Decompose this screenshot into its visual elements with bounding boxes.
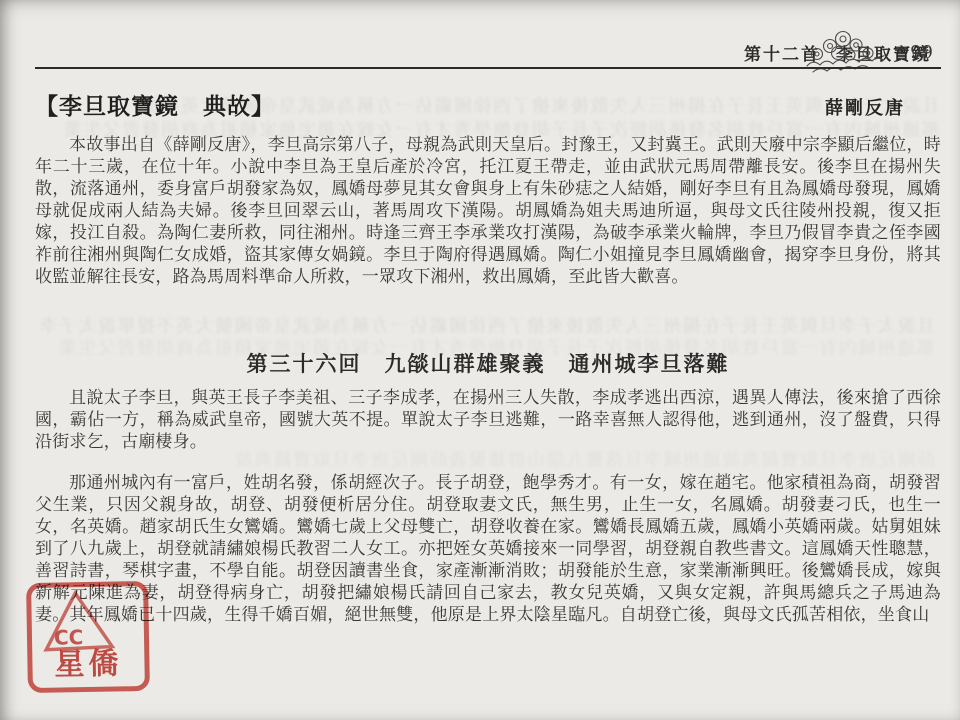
stamp-name: 星僑 <box>32 638 145 684</box>
story-paragraph-1: 且說太子李旦，與英王長子李美祖、三子李成孝，在揚州三人失散，李成孝逃出西涼，遇異… <box>35 387 941 453</box>
source-book-label: 薛剛反唐 <box>825 94 905 120</box>
chapter-heading: 第三十六回 九燄山群雄聚義 通州城李旦落難 <box>35 348 941 378</box>
publisher-stamp: CC 星僑 <box>26 581 150 693</box>
title-row: 【李旦取寶鏡 典故】 薛剛反唐 <box>35 88 941 121</box>
scanned-book-page: 且說太子李旦與英王長子在揚州三人失散後來搶了西徐國霸佔一方稱為威武皇帝國號大英不… <box>0 0 960 720</box>
header-rule <box>35 67 941 69</box>
article-title: 【李旦取寶鏡 典故】 <box>35 88 275 121</box>
page-number: 99 <box>910 42 933 63</box>
running-header: 第十二首 李旦取寶鏡 99 <box>35 40 941 64</box>
bleedthrough-text: 且說太子李旦與英王長子在揚州三人失散後來搶了西徐國霸佔一方稱為威武皇帝國號大英不… <box>35 312 935 338</box>
intro-paragraph: 本故事出自《薛剛反唐》，李旦高宗第八子，母親為武則天皇后。封豫王，又封冀王。武則… <box>35 134 941 288</box>
story-paragraph-2: 那通州城內有一富戶，姓胡名發，係胡經次子。長子胡登，飽學秀才。有一女，嫁在趙宅。… <box>35 472 941 626</box>
